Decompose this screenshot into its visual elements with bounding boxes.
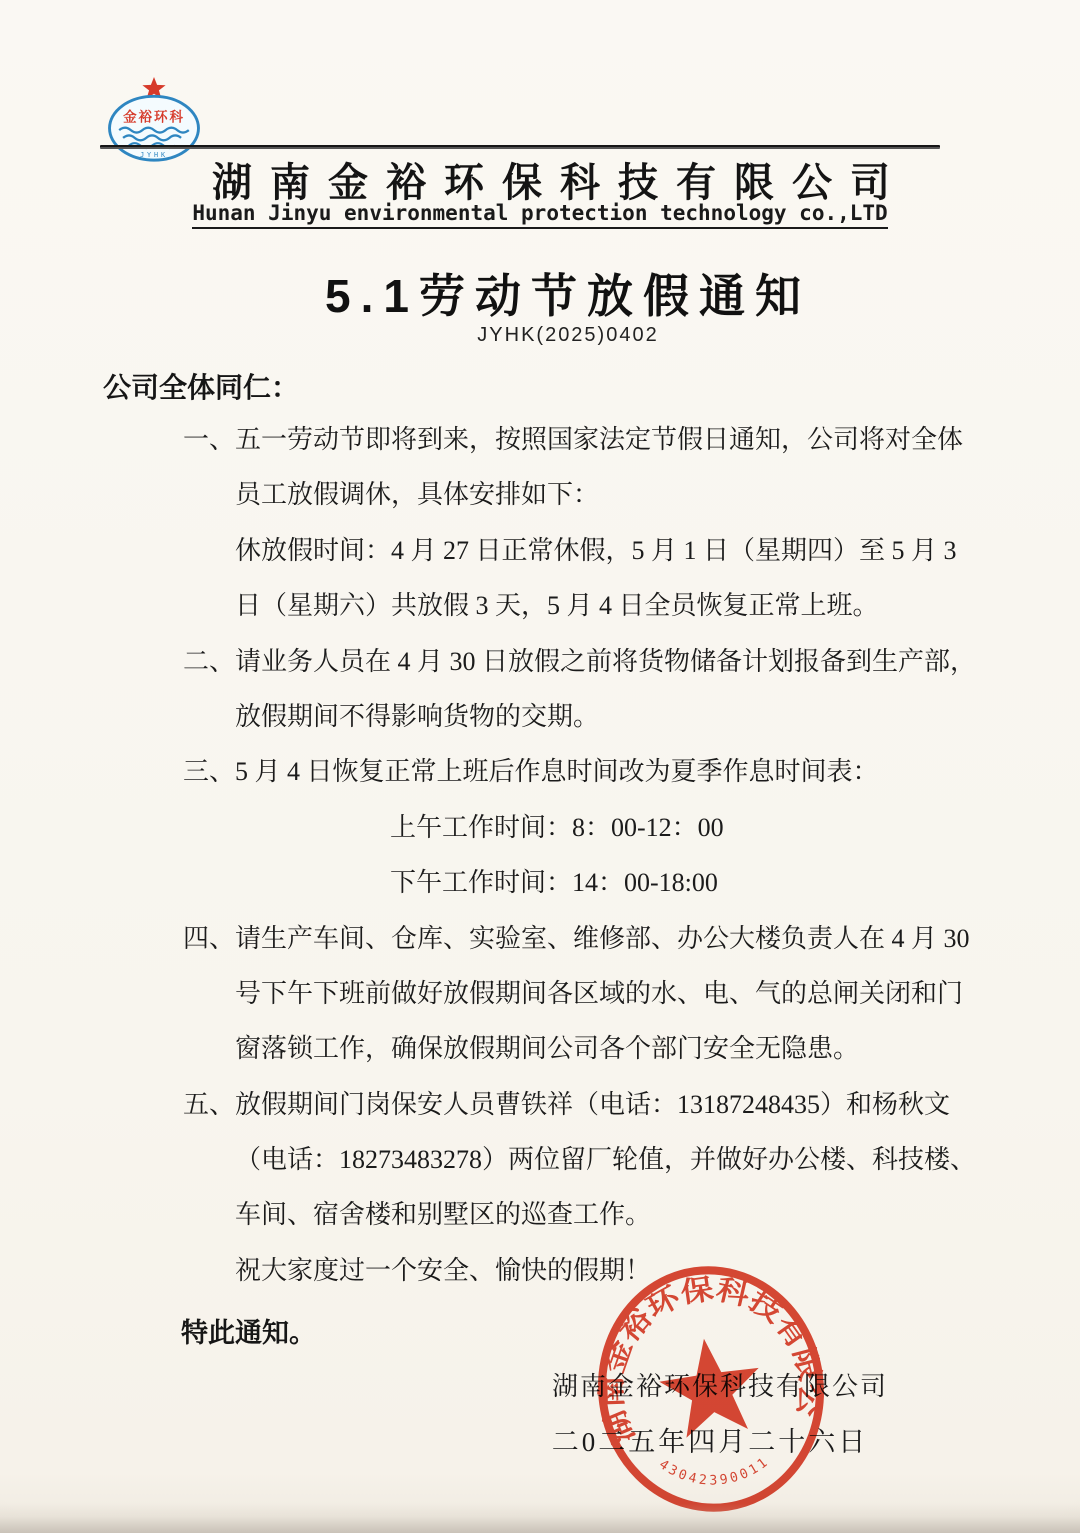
seal-star-icon <box>654 1332 767 1441</box>
document-number: JYHK(2025)0402 <box>0 324 1080 347</box>
notice-line: 窗落锁工作，确保放假期间公司各个部门安全无隐患。 <box>0 1021 1080 1076</box>
notice-line: 祝大家度过一个安全、愉快的假期！ <box>0 1243 1080 1298</box>
notice-line: 三、5 月 4 日恢复正常上班后作息时间改为夏季作息时间表： <box>0 744 1080 799</box>
document-page: 金裕环科 JYHK 湖南金裕环保科技有限公司 Hunan Jinyu envir… <box>0 0 1080 1533</box>
notice-line: 四、请生产车间、仓库、实验室、维修部、办公大楼负责人在 4 月 30 <box>0 911 1080 966</box>
header-rule <box>100 145 940 149</box>
notice-line: 五、放假期间门岗保安人员曹铁祥（电话：13187248435）和杨秋文 <box>0 1077 1080 1132</box>
notice-line: 一、五一劳动节即将到来，按照国家法定节假日通知，公司将对全体 <box>0 412 1080 467</box>
notice-line: 休放假时间：4 月 27 日正常休假，5 月 1 日（星期四）至 5 月 3 <box>0 523 1080 578</box>
notice-title: 5.1劳动节放假通知 <box>0 260 1080 326</box>
logo-text: 金裕环科 <box>123 108 185 124</box>
seal-serial-number: 43042390011 <box>655 1442 775 1496</box>
salutation: 公司全体同仁： <box>103 366 299 406</box>
closing-line: 特此通知。 <box>181 1311 316 1350</box>
notice-line: 员工放假调休，具体安排如下： <box>0 467 1080 522</box>
company-seal-stamp: 湖南金裕环保科技有限公司 43042390011 <box>567 1240 856 1533</box>
notice-line: 号下午下班前做好放假期间各区域的水、电、气的总闸关闭和门 <box>0 966 1080 1021</box>
photo-bottom-edge <box>0 1503 1080 1533</box>
notice-line: 车间、宿舍楼和别墅区的巡查工作。 <box>0 1187 1080 1242</box>
notice-line: （电话：18273483278）两位留厂轮值，并做好办公楼、科技楼、 <box>0 1132 1080 1187</box>
notice-line: 放假期间不得影响货物的交期。 <box>0 689 1080 744</box>
notice-line: 日（星期六）共放假 3 天，5 月 4 日全员恢复正常上班。 <box>0 578 1080 633</box>
notice-line: 二、请业务人员在 4 月 30 日放假之前将货物储备计划报备到生产部， <box>0 634 1080 689</box>
notice-body: 一、五一劳动节即将到来，按照国家法定节假日通知，公司将对全体员工放假调休，具体安… <box>0 412 1080 1298</box>
company-name-en: Hunan Jinyu environmental protection tec… <box>0 201 1080 225</box>
notice-line: 下午工作时间：14：00-18:00 <box>0 855 1080 910</box>
company-name-cn: 湖南金裕环保科技有限公司 <box>0 151 1080 208</box>
svg-text:43042390011: 43042390011 <box>655 1442 775 1496</box>
notice-line: 上午工作时间：8：00-12：00 <box>0 800 1080 855</box>
